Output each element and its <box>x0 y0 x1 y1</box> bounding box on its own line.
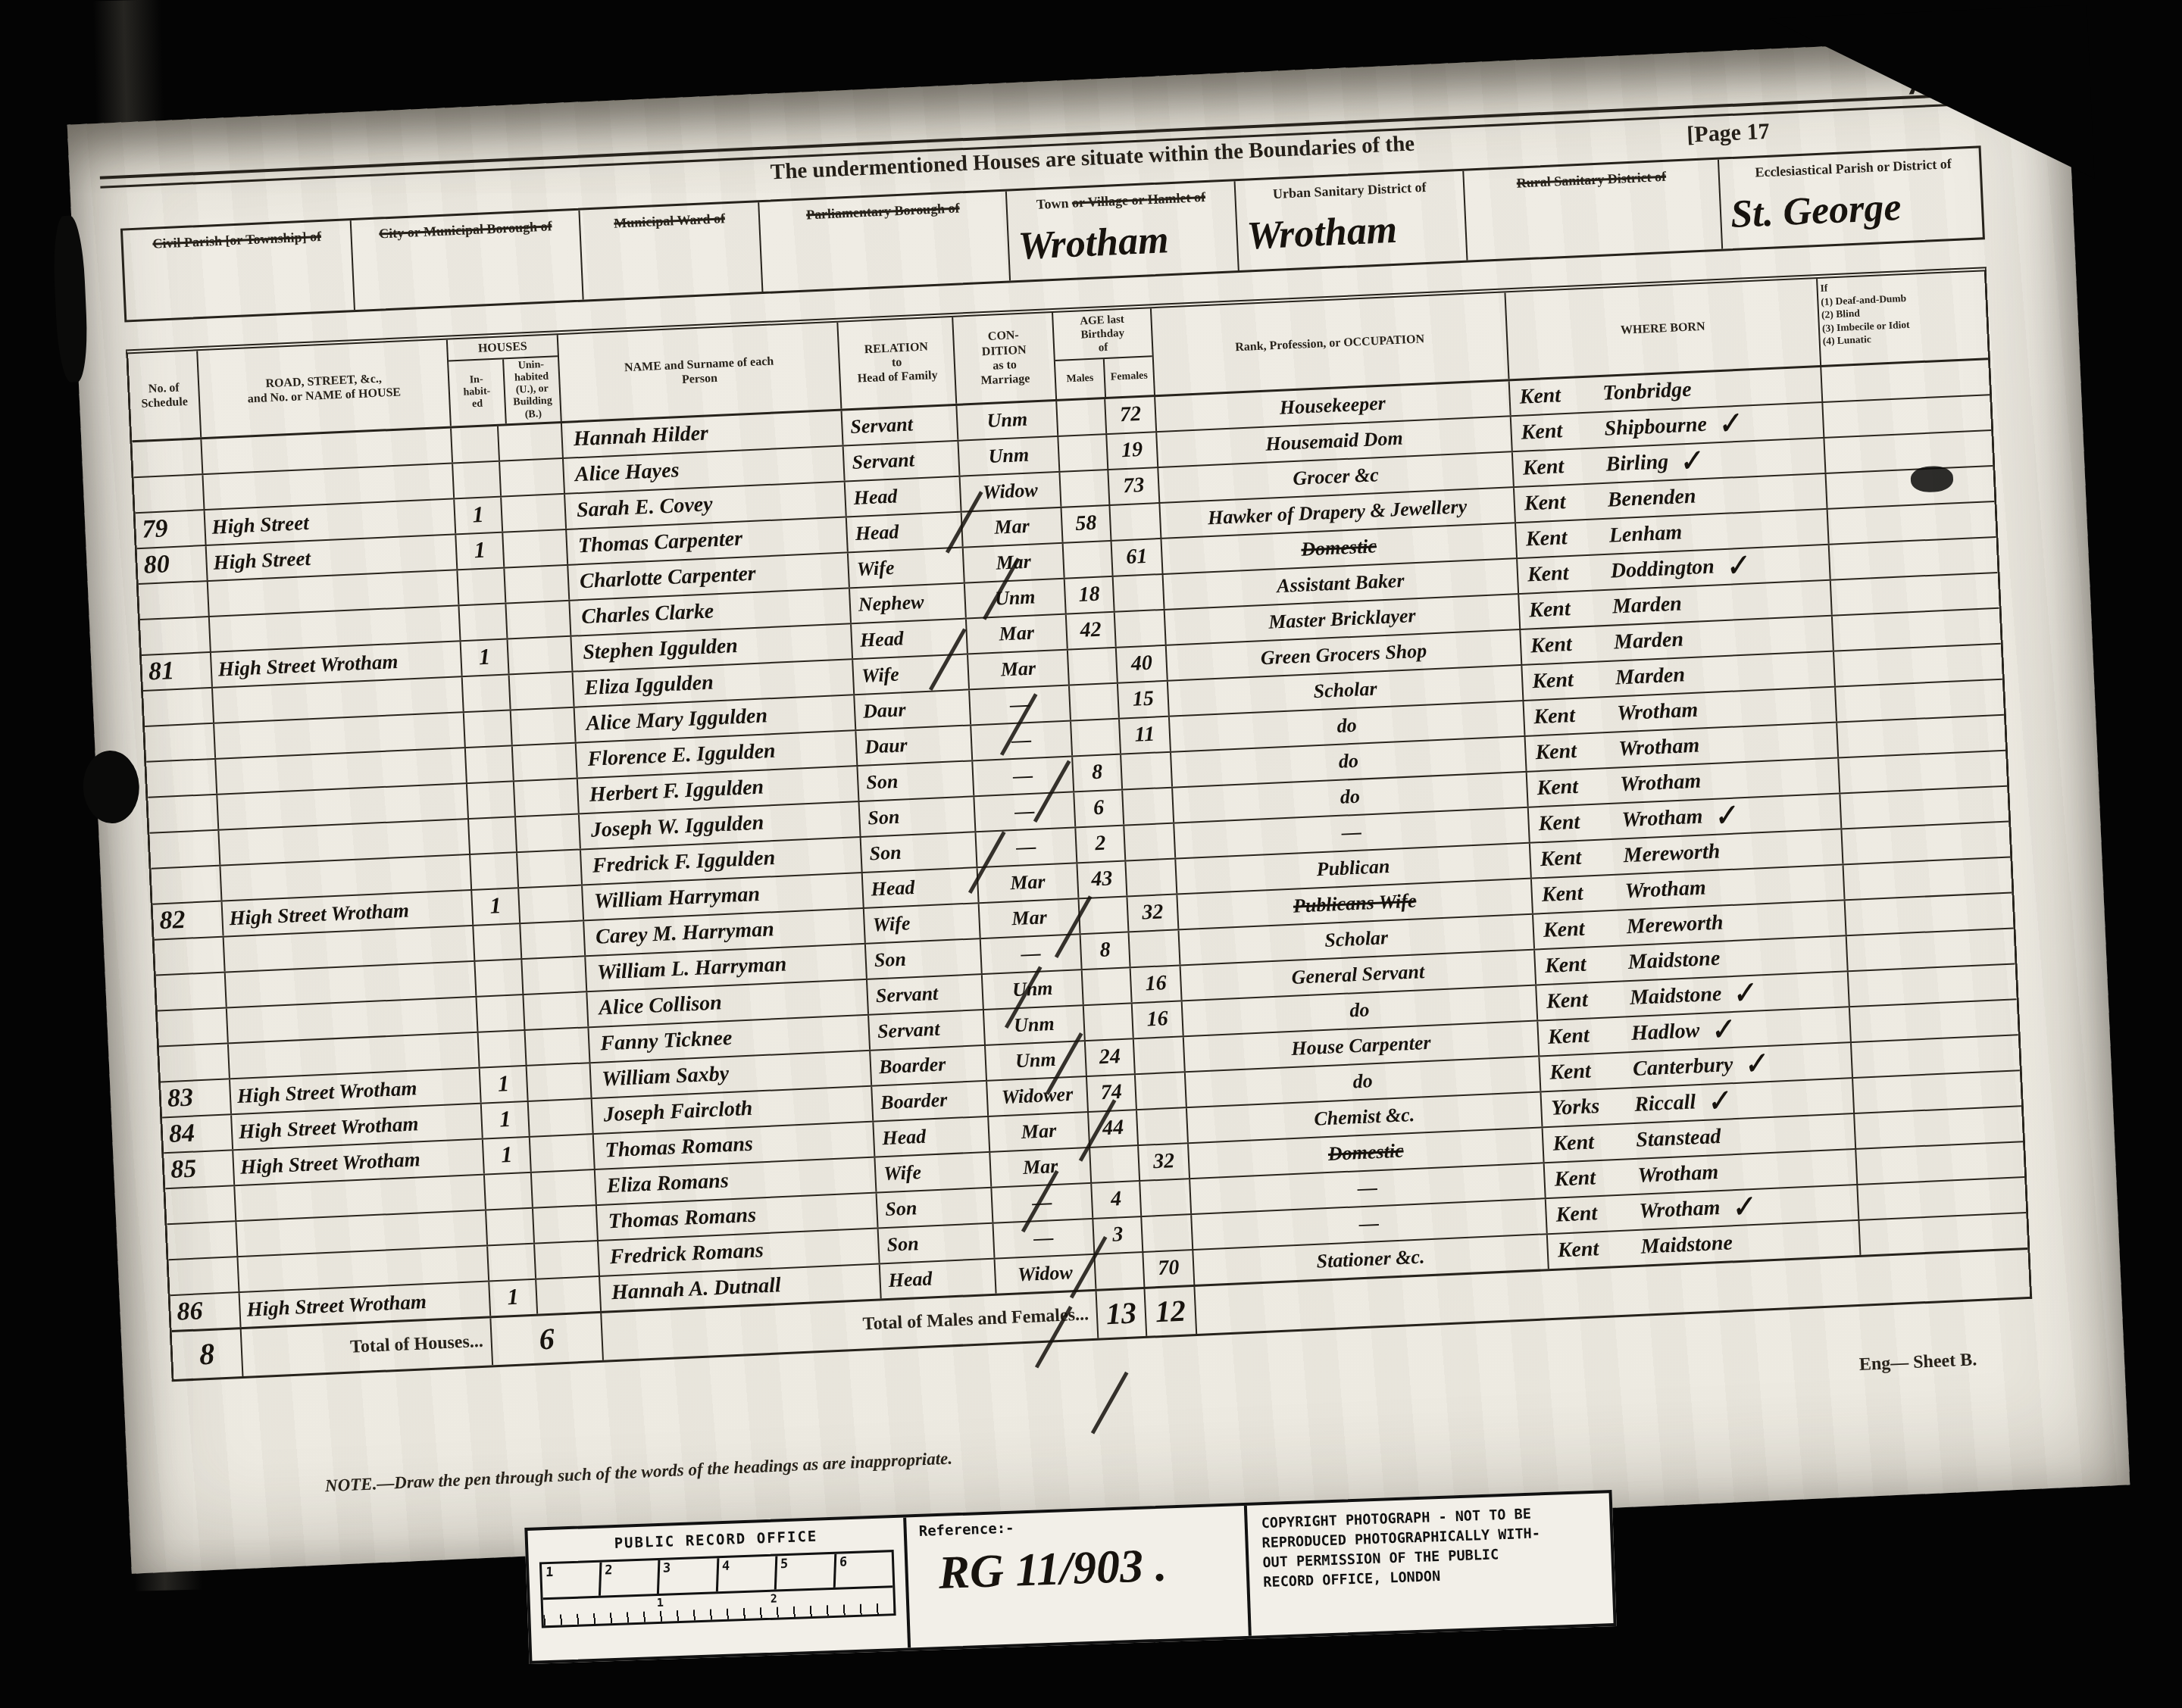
cell-age-males: 18 <box>1064 577 1114 614</box>
form-field-label: Town or Village or Hamlet of <box>1007 181 1235 214</box>
reference-value: RG 11/903 . <box>938 1539 1168 1600</box>
cell-inhabited: 1 <box>480 1102 529 1138</box>
cell-condition: Unm <box>957 437 1058 476</box>
sheet-label: Eng— Sheet B. <box>1858 1350 1977 1375</box>
cell-uninhabited <box>514 814 580 851</box>
total-females-value: 12 <box>1143 1287 1196 1336</box>
cell-age-males <box>1055 399 1105 436</box>
cell-uninhabited <box>520 957 586 994</box>
cell-uninhabited <box>529 1135 594 1172</box>
cell-schedule: 84 <box>162 1115 232 1152</box>
cell-age-females <box>1124 859 1176 895</box>
cell-age-males <box>1067 648 1117 684</box>
form-field: Civil Parish [or Township] of <box>123 220 354 320</box>
ruler-number: 3 <box>657 1558 717 1594</box>
col-header-born: WHERE BORN <box>1504 279 1820 379</box>
cell-uninhabited <box>499 459 564 496</box>
cell-condition: Mar <box>989 1148 1090 1187</box>
cell-age-males: 58 <box>1061 506 1111 542</box>
cell-uninhabited <box>522 992 587 1029</box>
microfilm-photo: { "page": { "folio": "75", "page_label":… <box>0 0 2182 1708</box>
stamp-office-name: PUBLIC RECORD OFFICE <box>539 1525 893 1554</box>
cell-relation: Boarder <box>871 1082 987 1121</box>
cell-age-males <box>1093 1253 1143 1289</box>
cell-age-males: 6 <box>1073 790 1123 826</box>
cell-condition: Mar <box>977 863 1078 902</box>
cell-schedule <box>140 617 210 654</box>
checkmark: ✓ <box>1715 406 1743 442</box>
cell-uninhabited <box>535 1277 600 1314</box>
cell-relation: Daur <box>855 726 971 765</box>
cell-schedule: 83 <box>161 1079 230 1116</box>
cell-condition: — <box>973 792 1074 831</box>
cell-age-females: 73 <box>1107 468 1158 504</box>
cell-age-females <box>1133 1037 1184 1073</box>
checkmark: ✓ <box>1704 1084 1732 1119</box>
form-field: Ecclesiastical Parish or District of St.… <box>1718 148 1990 249</box>
cell-schedule <box>167 1222 236 1259</box>
col-header-females: Females <box>1103 357 1154 396</box>
cell-uninhabited <box>524 1028 589 1065</box>
cell-schedule <box>169 1257 239 1294</box>
col-header-uninhabited: Unin- habited (U.), or Building (B.) <box>502 357 561 423</box>
cell-relation: Wife <box>847 548 964 587</box>
cell-schedule <box>152 866 221 903</box>
cell-relation: Head <box>844 476 961 516</box>
col-header-age-group: AGE last Birthday of Males Females <box>1052 308 1154 398</box>
form-field-label: Civil Parish [or Township] of <box>123 220 351 254</box>
cell-age-females: 72 <box>1104 397 1155 433</box>
cell-inhabited: 1 <box>482 1138 530 1174</box>
cell-uninhabited <box>527 1099 592 1136</box>
cell-uninhabited <box>508 672 574 709</box>
cell-condition: Unm <box>955 401 1057 440</box>
cell-schedule <box>155 937 224 974</box>
ruler-number: 5 <box>774 1554 834 1590</box>
table-body: Hannah HilderServantUnm72HousekeeperKent… <box>132 360 2027 1330</box>
cell-uninhabited <box>502 530 567 567</box>
hole-punch-blotch <box>82 749 141 824</box>
cell-uninhabited <box>517 885 583 923</box>
cell-uninhabited <box>533 1241 599 1279</box>
cell-age-females <box>1136 1108 1187 1144</box>
cell-relation: Head <box>872 1117 989 1157</box>
cell-inhabited: 1 <box>488 1279 536 1316</box>
cell-uninhabited <box>530 1170 596 1207</box>
checkmark: ✓ <box>1730 976 1758 1011</box>
cell-schedule: 85 <box>164 1151 233 1188</box>
checkmark: ✓ <box>1711 798 1739 834</box>
cell-schedule: 80 <box>137 546 207 583</box>
col-header-condition: CON- DITION as to Marriage <box>952 313 1055 403</box>
form-field-label: Ecclesiastical Parish or District of <box>1719 148 1987 183</box>
cell-age-females: 40 <box>1115 646 1167 682</box>
cell-schedule: 79 <box>136 511 205 548</box>
cell-age-males: 2 <box>1074 826 1124 862</box>
cell-inhabited <box>475 995 524 1032</box>
census-table: No. of Schedule ROAD, STREET, &c., and N… <box>126 267 2032 1382</box>
cell-relation: Son <box>864 939 981 979</box>
col-header-road: ROAD, STREET, &c., and No. or NAME of HO… <box>196 340 450 437</box>
form-field-label: Municipal Ward of <box>580 202 758 233</box>
enumerator-stroke-mark <box>1091 1372 1129 1435</box>
cell-age-males: 8 <box>1071 754 1121 791</box>
cell-inhabited <box>458 604 506 640</box>
checkmark: ✓ <box>1741 1047 1769 1082</box>
cell-age-females: 15 <box>1117 681 1168 717</box>
cell-age-females: 32 <box>1126 895 1177 931</box>
cell-uninhabited <box>532 1206 597 1243</box>
form-field: Municipal Ward of <box>578 202 761 299</box>
ruler-number: 2 <box>598 1560 658 1596</box>
cell-condition: Mar <box>962 543 1064 582</box>
ruler-scale: 123456 12 <box>539 1550 896 1628</box>
cell-uninhabited <box>516 850 581 887</box>
cell-age-males <box>1081 968 1131 1004</box>
cell-condition: Widow <box>994 1255 1096 1294</box>
cell-age-females <box>1112 575 1164 611</box>
footer-note: NOTE.—Draw the pen through such of the w… <box>324 1448 952 1496</box>
cell-inhabited <box>469 853 517 889</box>
cell-age-females <box>1123 823 1174 860</box>
cell-uninhabited <box>526 1063 591 1101</box>
cell-uninhabited <box>500 495 565 532</box>
cell-schedule <box>156 973 226 1010</box>
cell-relation: Wife <box>874 1153 990 1192</box>
col-header-houses-group: HOUSES In- habit- ed Unin- habited (U.),… <box>446 335 561 426</box>
cell-inhabited <box>452 461 500 498</box>
cell-age-males <box>1068 683 1118 720</box>
cell-relation: Nephew <box>849 583 965 623</box>
census-sheet: 75 [Page 17 The undermentioned Houses ar… <box>67 36 2130 1574</box>
stamp-copyright-section: COPYRIGHT PHOTOGRAPH - NOT TO BEREPRODUC… <box>1244 1493 1614 1636</box>
cell-uninhabited <box>507 636 572 673</box>
cell-schedule <box>146 760 216 797</box>
cell-relation: Head <box>879 1259 996 1298</box>
ruler-number: 1 <box>657 1596 664 1610</box>
cell-schedule: 81 <box>142 653 211 690</box>
cell-age-females: 16 <box>1130 966 1181 1002</box>
cell-age-males <box>1070 719 1120 755</box>
checkmark: ✓ <box>1728 1189 1756 1225</box>
col-header-schedule: No. of Schedule <box>128 351 200 440</box>
cell-relation: Servant <box>841 406 958 445</box>
stamp-reference-section: Reference:- RG 11/903 . <box>903 1506 1249 1648</box>
cell-schedule <box>158 1008 227 1045</box>
cell-uninhabited <box>497 423 562 461</box>
cell-age-females: 19 <box>1105 432 1157 469</box>
ruler-number: 6 <box>833 1552 892 1588</box>
cell-inhabited: 1 <box>460 639 508 676</box>
cell-relation: Daur <box>853 690 970 729</box>
cell-age-females <box>1120 752 1171 788</box>
cell-relation: Son <box>856 761 973 801</box>
total-houses-value: 6 <box>489 1313 602 1365</box>
cell-relation: Wife <box>852 654 968 694</box>
col-header-relation: RELATION to Head of Family <box>836 317 955 408</box>
cell-inhabited <box>486 1244 535 1280</box>
cell-relation: Head <box>846 512 962 551</box>
cell-inhabited <box>456 568 505 604</box>
total-houses-label: Total of Houses... <box>240 1318 492 1376</box>
cell-age-males: 44 <box>1087 1110 1137 1147</box>
cell-age-females <box>1108 504 1160 540</box>
cell-schedule <box>149 830 219 867</box>
edge-tear-blotch <box>52 215 89 383</box>
form-field-value: Wrotham <box>1018 217 1170 269</box>
cell-schedule <box>139 582 208 619</box>
cell-uninhabited <box>510 707 575 745</box>
cell-condition: Mar <box>978 899 1080 938</box>
form-field-label: Parliamentary Borough of <box>759 192 1006 226</box>
cell-age-females <box>1139 1179 1190 1216</box>
cell-relation: Boarder <box>869 1046 986 1085</box>
form-field-label: Urban Sanitary District of <box>1236 171 1464 205</box>
form-field: Urban Sanitary District of Wrotham <box>1234 171 1467 270</box>
cell-condition: — <box>992 1219 1093 1258</box>
cell-condition: Mar <box>961 508 1062 547</box>
cell-age-females: 32 <box>1137 1144 1189 1180</box>
form-field: City or Municipal Borough of <box>350 211 583 310</box>
cell-age-females <box>1114 610 1165 647</box>
cell-condition: Mar <box>965 614 1067 653</box>
total-schedule-value: 8 <box>172 1329 242 1379</box>
cell-relation: Servant <box>842 441 959 480</box>
cell-relation: Son <box>858 797 975 836</box>
cell-relation: Servant <box>866 975 983 1014</box>
cell-relation: Servant <box>867 1010 984 1050</box>
cell-schedule <box>165 1186 235 1223</box>
ruler-number: 2 <box>770 1592 777 1606</box>
cell-uninhabited <box>505 601 570 639</box>
col-header-occupation: Rank, Profession, or OCCUPATION <box>1150 293 1508 395</box>
cell-age-males: 43 <box>1076 861 1126 898</box>
cell-condition: Unm <box>981 970 1083 1009</box>
form-field-label: City or Municipal Borough of <box>352 211 580 244</box>
cell-inhabited <box>474 960 522 996</box>
cell-age-females <box>1121 788 1173 824</box>
cell-age-females <box>1128 930 1180 966</box>
form-field-value: Wrotham <box>1246 208 1398 259</box>
cell-age-males: 4 <box>1090 1182 1140 1218</box>
form-field: Rural Sanitary District of <box>1462 160 1721 261</box>
ruler-number: 1 <box>542 1563 599 1598</box>
col-header-males: Males <box>1055 359 1105 398</box>
checkmark: ✓ <box>1676 444 1704 479</box>
cell-age-males <box>1089 1146 1139 1182</box>
form-field: Parliamentary Borough of <box>758 192 1009 292</box>
cell-condition: Mar <box>987 1113 1089 1151</box>
cell-inhabited <box>463 710 511 747</box>
total-males-value: 13 <box>1096 1289 1146 1338</box>
cell-schedule: 86 <box>170 1293 240 1330</box>
cell-inhabited <box>466 782 514 818</box>
cell-age-males <box>1057 435 1107 471</box>
cell-uninhabited <box>503 566 568 603</box>
ruler-number: 4 <box>715 1557 775 1592</box>
cell-schedule <box>134 475 204 512</box>
cell-uninhabited <box>513 779 578 816</box>
form-field-label: Rural Sanitary District of <box>1464 160 1718 194</box>
cell-age-males: 8 <box>1080 932 1130 969</box>
cell-age-females <box>1134 1073 1186 1109</box>
cell-relation: Son <box>876 1188 993 1228</box>
cell-condition: Unm <box>964 579 1065 617</box>
checkmark: ✓ <box>1722 548 1750 584</box>
cell-age-males: 42 <box>1065 613 1115 649</box>
form-field: Town or Village or Hamlet of Wrotham <box>1005 181 1238 280</box>
form-field-value: St. George <box>1730 185 1902 237</box>
cell-condition: Widower <box>986 1077 1087 1116</box>
cell-inhabited <box>461 675 510 711</box>
cell-age-females: 61 <box>1111 539 1162 576</box>
cell-inhabited <box>477 1031 526 1067</box>
cell-schedule <box>132 439 202 476</box>
reference-label: Reference:- <box>918 1512 1245 1540</box>
cell-inhabited <box>467 817 516 854</box>
cell-age-males: 24 <box>1084 1039 1134 1076</box>
cell-age-males <box>1062 542 1112 578</box>
checkmark: ✓ <box>1708 1012 1736 1048</box>
cell-inhabited <box>464 746 513 782</box>
stamp-ruler-section: PUBLIC RECORD OFFICE 123456 12 <box>527 1518 908 1661</box>
cell-condition: Mar <box>967 650 1068 689</box>
cell-condition: Unm <box>983 1006 1084 1044</box>
cell-relation: Head <box>861 868 978 907</box>
cell-schedule <box>145 724 214 761</box>
cell-relation: Son <box>860 832 977 872</box>
cell-uninhabited <box>519 921 584 958</box>
cell-inhabited: 1 <box>479 1066 527 1103</box>
cell-inhabited: 1 <box>455 532 503 569</box>
cell-inhabited: 1 <box>453 497 502 533</box>
page-number-label: [Page 17 <box>1687 119 1771 148</box>
col-header-inhabited: In- habit- ed <box>449 360 505 426</box>
col-header-name: NAME and Surname of each Person <box>557 323 841 421</box>
cell-relation: Son <box>877 1223 994 1263</box>
cell-age-females: 70 <box>1142 1251 1193 1287</box>
cell-schedule: 82 <box>153 901 223 938</box>
cell-inhabited <box>472 924 520 960</box>
cell-age-females: 16 <box>1131 1001 1183 1038</box>
col-header-infirmity: If (1) Deaf-and-Dumb (2) Blind (3) Imbec… <box>1816 272 1983 365</box>
cell-schedule <box>148 795 217 832</box>
cell-condition: — <box>970 721 1071 760</box>
cell-relation: Wife <box>863 904 980 943</box>
cell-schedule <box>159 1044 229 1081</box>
cell-schedule <box>143 689 213 726</box>
cell-inhabited: 1 <box>470 888 519 925</box>
cell-inhabited <box>483 1173 532 1210</box>
col-header-age: AGE last Birthday of <box>1053 308 1152 361</box>
cell-age-females: 11 <box>1118 717 1170 753</box>
cell-inhabited <box>485 1208 533 1244</box>
cell-age-females <box>1140 1215 1192 1251</box>
cell-age-males <box>1058 470 1108 507</box>
cell-age-males <box>1083 1004 1133 1040</box>
cell-uninhabited <box>511 743 577 780</box>
cell-inhabited <box>450 426 499 462</box>
